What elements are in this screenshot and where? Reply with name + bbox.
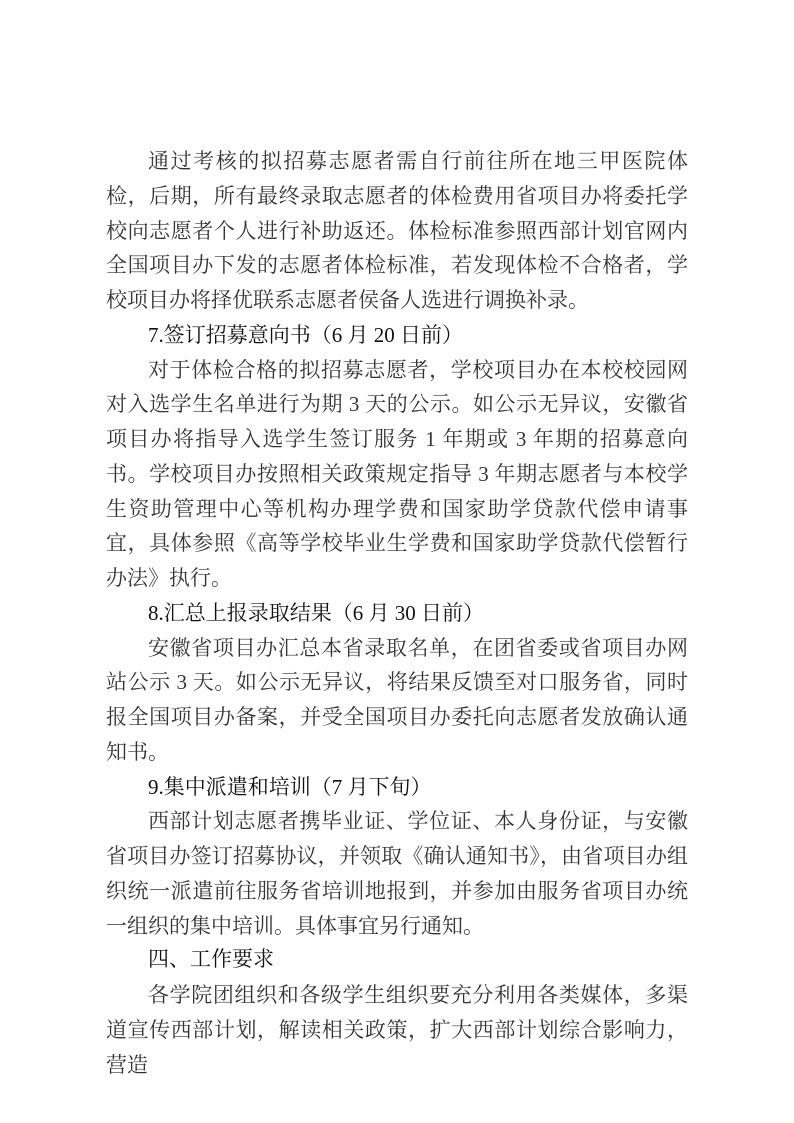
- para-publicity-requirements: 各学院团组织和各级学生组织要充分利用各类媒体，多渠道宣传西部计划，解读相关政策，…: [106, 978, 688, 1082]
- para-medical-exam: 通过考核的拟招募志愿者需自行前往所在地三甲医院体检，后期，所有最终录取志愿者的体…: [106, 144, 688, 318]
- para-report-admission-results: 安徽省项目办汇总本省录取名单，在团省委或省项目办网站公示 3 天。如公示无异议，…: [106, 631, 688, 770]
- document-body: 通过考核的拟招募志愿者需自行前往所在地三甲医院体检，后期，所有最终录取志愿者的体…: [106, 144, 688, 1082]
- heading-sign-recruitment-intent: 7.签订招募意向书（6 月 20 日前）: [106, 318, 688, 353]
- document-page: 通过考核的拟招募志愿者需自行前往所在地三甲医院体检，后期，所有最终录取志愿者的体…: [0, 0, 794, 1123]
- heading-dispatch-and-training: 9.集中派遣和培训（7 月下旬）: [106, 770, 688, 805]
- heading-report-admission-results: 8.汇总上报录取结果（6 月 30 日前）: [106, 596, 688, 631]
- heading-work-requirements: 四、工作要求: [106, 943, 688, 978]
- para-dispatch-and-training: 西部计划志愿者携毕业证、学位证、本人身份证，与安徽省项目办签订招募协议，并领取《…: [106, 804, 688, 943]
- para-sign-recruitment-intent: 对于体检合格的拟招募志愿者，学校项目办在本校校园网对入选学生名单进行为期 3 天…: [106, 353, 688, 596]
